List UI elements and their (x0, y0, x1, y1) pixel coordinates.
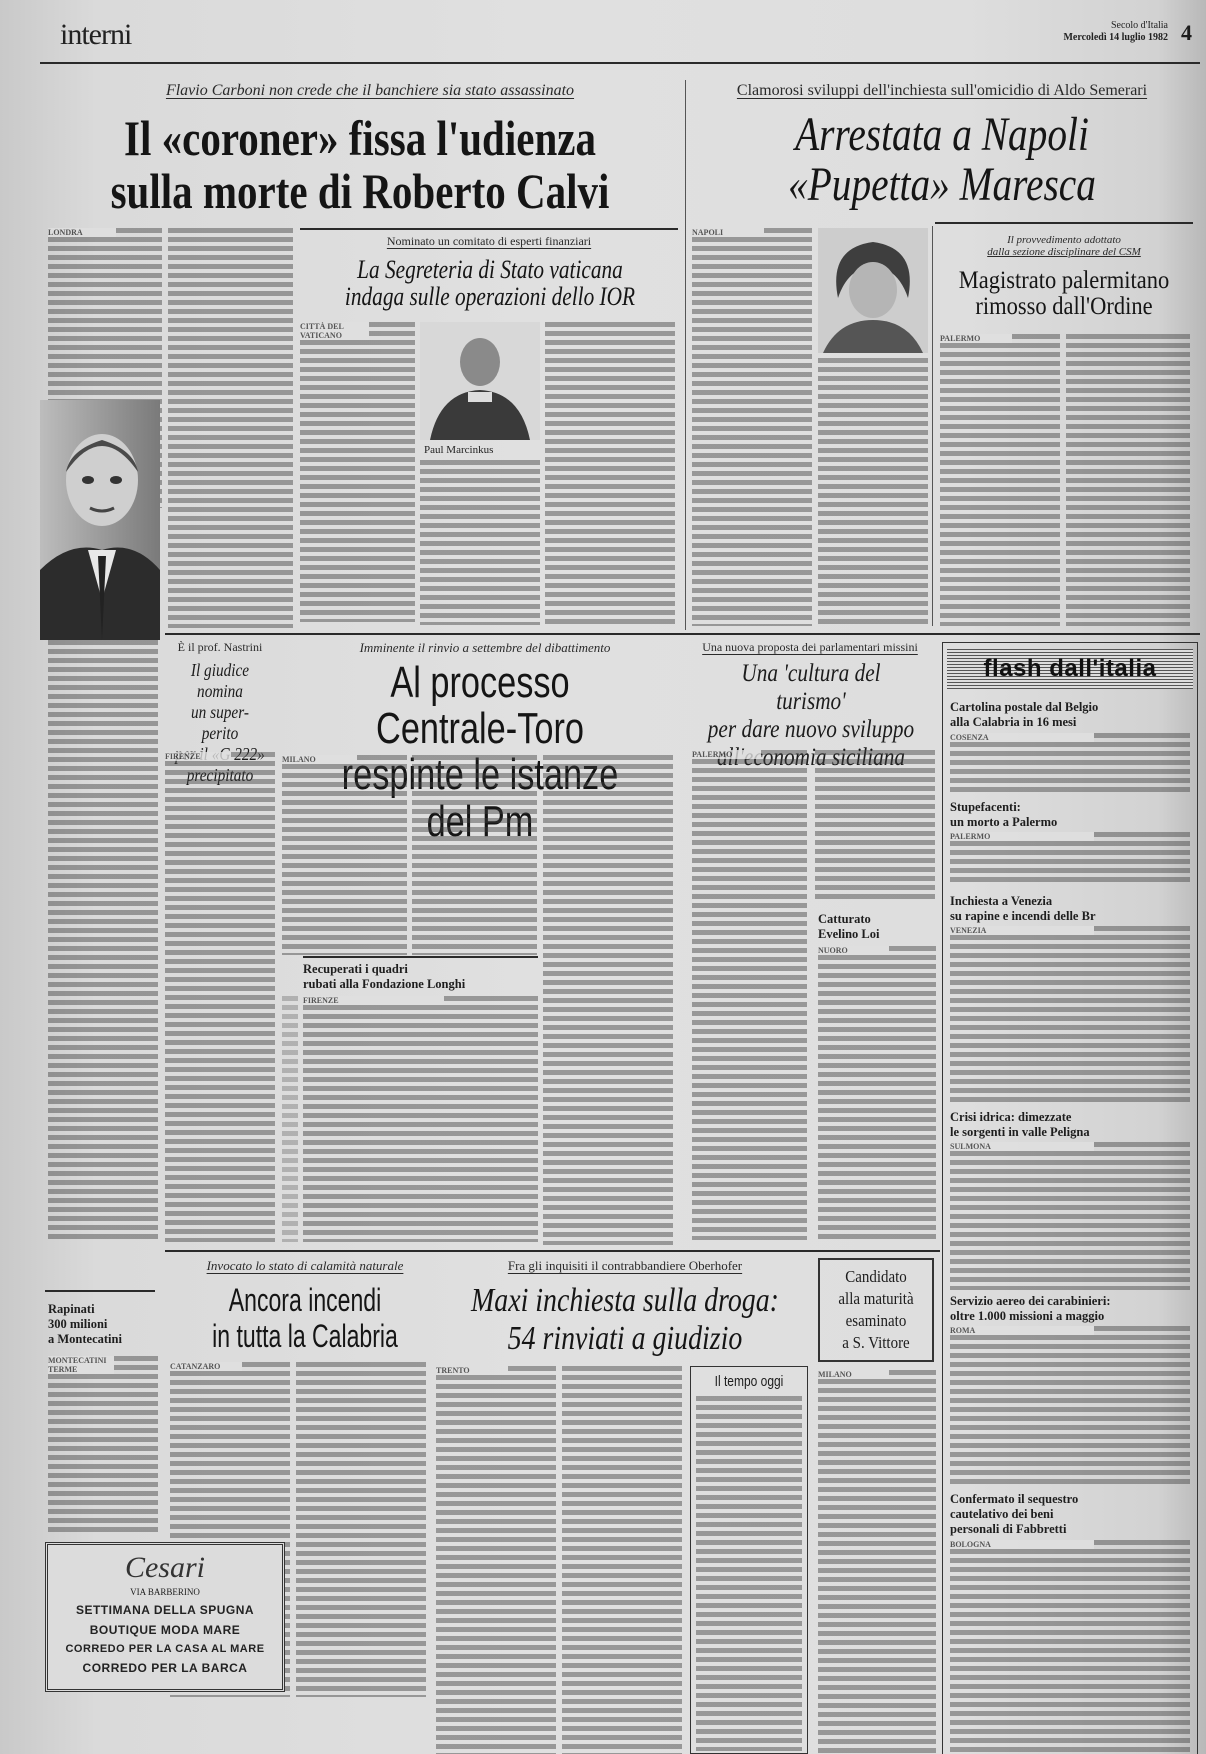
maturita-body: MILANO (818, 1370, 936, 1754)
droga-body-col2 (562, 1366, 682, 1754)
magistrato-body-col2 (1066, 334, 1190, 626)
flash-item-body: ROMA (950, 1326, 1190, 1486)
calvi-body-col2 (168, 228, 293, 628)
ad-line: CORREDO PER LA BARCA (48, 1661, 282, 1675)
flash-item-headline: Crisi idrica: dimezzate le sorgenti in v… (950, 1110, 1190, 1140)
turismo-kicker: Una nuova proposta dei parlamentari miss… (690, 640, 930, 655)
marcinkus-portrait-photo (420, 322, 540, 440)
droga-kicker: Fra gli inquisiti il contrabbandiere Obe… (440, 1258, 810, 1274)
weather-title: Il tempo oggi (703, 1373, 796, 1390)
longhi-body: FIRENZE (303, 996, 538, 1242)
ior-headline: La Segreteria di Stato vaticana indaga s… (334, 256, 646, 311)
masthead-info: Secolo d'Italia Mercoledì 14 luglio 1982 (1063, 20, 1168, 44)
ad-line: SETTIMANA DELLA SPUGNA (48, 1603, 282, 1617)
maturita-headline: Candidato alla maturità esaminato a S. V… (827, 1266, 926, 1354)
magistrato-headline: Magistrato palermitano rimosso dall'Ordi… (949, 268, 1179, 321)
flash-item-body: BOLOGNA (950, 1540, 1190, 1754)
marcinkus-caption: Paul Marcinkus (424, 444, 493, 456)
issue-date: Mercoledì 14 luglio 1982 (1063, 32, 1168, 44)
flash-item-headline: Cartolina postale dal Belgio alla Calabr… (950, 700, 1190, 730)
flash-item-body: PALERMO (950, 832, 1190, 884)
flash-item-headline: Inchiesta a Venezia su rapine e incendi … (950, 894, 1190, 924)
g222-kicker: È il prof. Nastrini (165, 640, 275, 655)
g222-body: FIRENZE (165, 752, 275, 1242)
calvi-headline: Il «coroner» fissa l'udienza sulla morte… (98, 112, 623, 217)
pupetta-body-col1: NAPOLI (692, 228, 812, 626)
maturita-headline-box: Candidato alla maturità esaminato a S. V… (818, 1258, 934, 1362)
calabria-kicker: Invocato lo stato di calamità naturale (170, 1258, 440, 1274)
masthead-rule (40, 62, 1200, 64)
calabria-body-col2 (296, 1362, 426, 1697)
column-divider (685, 80, 686, 630)
droga-headline: Maxi inchiesta sulla droga: 54 rinviati … (465, 1282, 785, 1358)
ior-body-col2 (420, 460, 540, 625)
section-label: interni (60, 18, 131, 52)
page-number: 4 (1181, 20, 1192, 46)
rapinati-headline: Rapinati 300 milioni a Montecatini (48, 1302, 158, 1347)
flash-title: flash dall'italia (947, 649, 1193, 689)
ad-address: VIA BARBERINO (48, 1587, 282, 1597)
newspaper-name: Secolo d'Italia (1063, 20, 1168, 32)
turismo-body-col1: PALERMO (692, 750, 807, 1240)
centrale-toro-body-col2 (412, 755, 537, 955)
pupetta-body-col2 (818, 358, 928, 626)
cesari-advertisement: Cesari VIA BARBERINO SETTIMANA DELLA SPU… (45, 1542, 285, 1692)
magistrato-body-col1: PALERMO (940, 334, 1060, 626)
longhi-headline: Recuperati i quadri rubati alla Fondazio… (303, 962, 538, 992)
maresca-portrait-photo (818, 228, 928, 353)
rapinati-body: MONTECATINI TERME (48, 1356, 158, 1534)
flash-item-headline: Servizio aereo dei carabinieri: oltre 1.… (950, 1294, 1190, 1324)
flash-item-body: VENEZIA (950, 926, 1190, 1104)
droga-body-col1: TRENTO (436, 1366, 556, 1754)
ad-line: BOUTIQUE MODA MARE (48, 1623, 282, 1637)
pupetta-headline: Arrestata a Napoli «Pupetta» Maresca (737, 110, 1147, 211)
turismo-body-col2 (815, 750, 935, 900)
g222-body-col2b (282, 996, 298, 1242)
centrale-toro-kicker: Imminente il rinvio a settembre del diba… (285, 640, 685, 656)
ad-line: CORREDO PER LA CASA AL MARE (48, 1643, 282, 1655)
calvi-kicker: Flavio Carboni non crede che il banchier… (60, 82, 680, 100)
flash-item-headline: Confermato il sequestro cautelativo dei … (950, 1492, 1190, 1537)
centrale-toro-body-col1: MILANO (282, 755, 407, 955)
ior-body-col1: CITTÀ DEL VATICANO (300, 322, 415, 622)
calabria-headline: Ancora incendi in tutta la Calabria (201, 1282, 410, 1354)
calvi-body-col3 (48, 640, 158, 1240)
ad-brand: Cesari (48, 1551, 282, 1585)
loi-headline: Catturato Evelino Loi (818, 912, 938, 942)
flash-item-headline: Stupefacenti: un morto a Palermo (950, 800, 1190, 830)
centrale-toro-body-col3 (543, 755, 673, 1245)
pupetta-kicker: Clamorosi sviluppi dell'inchiesta sull'o… (692, 82, 1192, 100)
flash-item-body: COSENZA (950, 733, 1190, 793)
magistrato-kicker: Il provvedimento adottato dalla sezione … (936, 234, 1192, 258)
loi-body: NUORO (818, 946, 936, 1242)
weather-body (696, 1396, 802, 1751)
ior-body-col3 (545, 322, 675, 625)
newspaper-page: interni Secolo d'Italia Mercoledì 14 lug… (0, 0, 1206, 1754)
calvi-portrait-photo (40, 400, 160, 640)
ior-kicker: Nominato un comitato di esperti finanzia… (300, 234, 678, 249)
flash-item-body: SULMONA (950, 1142, 1190, 1290)
